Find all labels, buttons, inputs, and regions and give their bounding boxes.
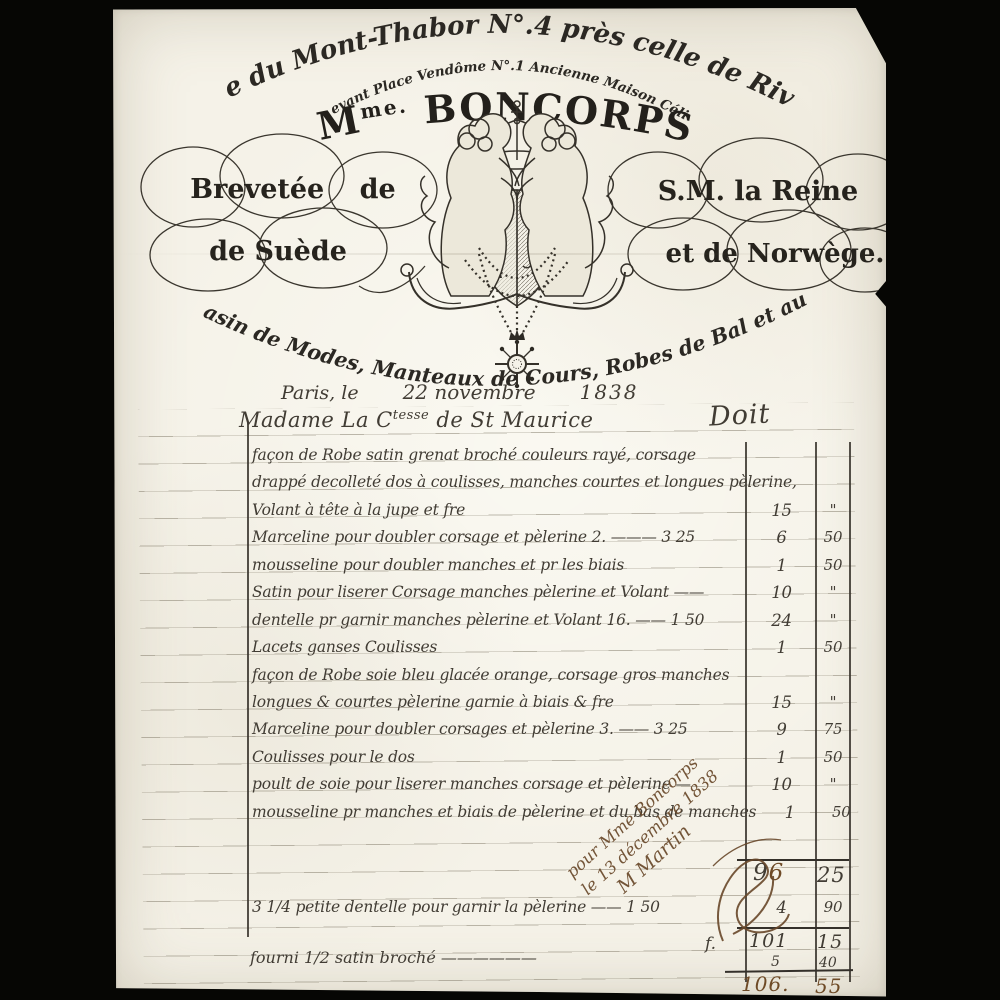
line-centimes: 90	[815, 894, 851, 921]
invoice-line: drappé decolleté dos à coulisses, manche…	[252, 469, 852, 496]
invoice-line: façon de Robe satin grenat broché couleu…	[252, 442, 852, 469]
total2-francs: 5	[771, 954, 780, 970]
invoice-line: dentelle pr garnir manches pèlerine et V…	[252, 607, 852, 634]
line-francs: 15	[748, 497, 815, 524]
line-description: 3 1/4 petite dentelle pour garnir la pèl…	[252, 894, 748, 921]
line-francs: 6	[748, 524, 815, 551]
margin-rule	[247, 422, 249, 937]
line-description: Marceline pour doubler corsage et pèleri…	[252, 524, 748, 551]
line-francs	[797, 469, 864, 496]
client-name-rest: de St Maurice	[429, 408, 593, 432]
line-francs: 1	[748, 634, 815, 661]
client-line: Madame La Ctesse de St Maurice	[239, 408, 593, 432]
total2-centimes: 40	[819, 955, 837, 971]
subtotal-centimes: 25	[817, 863, 846, 887]
line-francs: 10	[748, 579, 815, 606]
line-description: façon de Robe soie bleu glacée orange, c…	[252, 662, 748, 689]
invoice-line: Volant à tête à la jupe et fre 15 "	[252, 497, 852, 524]
line-centimes: 75	[815, 716, 851, 743]
scanned-invoice-screenshot: Rue du Mont-Thabor N°.4 près celle de Ri…	[0, 0, 1000, 1000]
grand-total-francs: 106.	[741, 972, 790, 996]
line-description: Volant à tête à la jupe et fre	[252, 497, 748, 524]
line-centimes: 50	[815, 552, 851, 579]
line-centimes	[864, 469, 900, 496]
invoice-line: Marceline pour doubler corsage et pèleri…	[252, 524, 852, 551]
line-centimes: "	[815, 607, 851, 634]
last-line-description: fourni 1/2 satin broché ——————	[250, 948, 537, 967]
invoice-paper: Rue du Mont-Thabor N°.4 près celle de Ri…	[113, 8, 886, 997]
place-label: Paris, le	[281, 382, 359, 404]
line-description: Marceline pour doubler corsages et pèler…	[252, 716, 748, 743]
doit-label: Doit	[708, 398, 771, 432]
line-francs: 24	[748, 607, 815, 634]
fold-crease	[113, 253, 886, 255]
left-cartouche-ovals	[141, 134, 437, 292]
total1-centimes: 15	[817, 931, 843, 953]
line-description: Satin pour liserer Corsage manches pèler…	[252, 579, 748, 606]
invoice-line: Lacets ganses Coulisses 1 50	[252, 634, 852, 661]
royal-coat-of-arms-icon	[401, 101, 633, 388]
right-cartouche-line1: S.M. la Reine	[658, 176, 858, 207]
left-cartouche-line2: de Suède	[209, 236, 347, 267]
year-value: 1838	[580, 380, 639, 404]
invoice-line: façon de Robe soie bleu glacée orange, c…	[252, 662, 852, 689]
line-description: dentelle pr garnir manches pèlerine et V…	[252, 607, 748, 634]
grand-total-centimes: 55	[815, 974, 842, 998]
invoice-line: mousseline pr manches et biais de pèleri…	[252, 799, 852, 826]
left-cartouche-line1: Brevetée de	[190, 174, 395, 205]
line-francs	[748, 662, 815, 689]
line-centimes	[815, 442, 851, 469]
line-description: drappé decolleté dos à coulisses, manche…	[252, 469, 797, 496]
line-centimes: 50	[823, 799, 859, 826]
line-centimes: "	[815, 689, 851, 716]
line-description: façon de Robe satin grenat broché couleu…	[252, 442, 748, 469]
line-centimes: "	[815, 771, 851, 798]
line-francs	[748, 442, 815, 469]
date-value: 22 novembre	[403, 380, 536, 404]
line-francs: 1	[748, 552, 815, 579]
invoice-line: mousseline pour doubler manches et pr le…	[252, 552, 852, 579]
line-centimes: 50	[815, 744, 851, 771]
line-description: mousseline pour doubler manches et pr le…	[252, 552, 748, 579]
client-name-superscript: tesse	[393, 408, 430, 423]
client-name-prefix: Madame La C	[239, 408, 393, 432]
line-centimes	[815, 662, 851, 689]
line-centimes: "	[815, 497, 851, 524]
invoice-line: Satin pour liserer Corsage manches pèler…	[252, 579, 852, 606]
line-description: longues & courtes pèlerine garnie à biai…	[252, 689, 748, 716]
letterhead: Rue du Mont-Thabor N°.4 près celle de Ri…	[113, 8, 886, 408]
signature-paraph-icon	[703, 826, 803, 946]
line-centimes: 50	[815, 524, 851, 551]
grand-total: 106. 55	[741, 972, 790, 996]
invoice-line: longues & courtes pèlerine garnie à biai…	[252, 689, 852, 716]
date-line: Paris, le 22 novembre 1838	[281, 380, 639, 404]
line-description: Lacets ganses Coulisses	[252, 634, 748, 661]
line-centimes: "	[815, 579, 851, 606]
total-line2: 5 40	[771, 954, 780, 970]
line-centimes: 50	[815, 634, 851, 661]
line-francs: 1	[756, 799, 823, 826]
